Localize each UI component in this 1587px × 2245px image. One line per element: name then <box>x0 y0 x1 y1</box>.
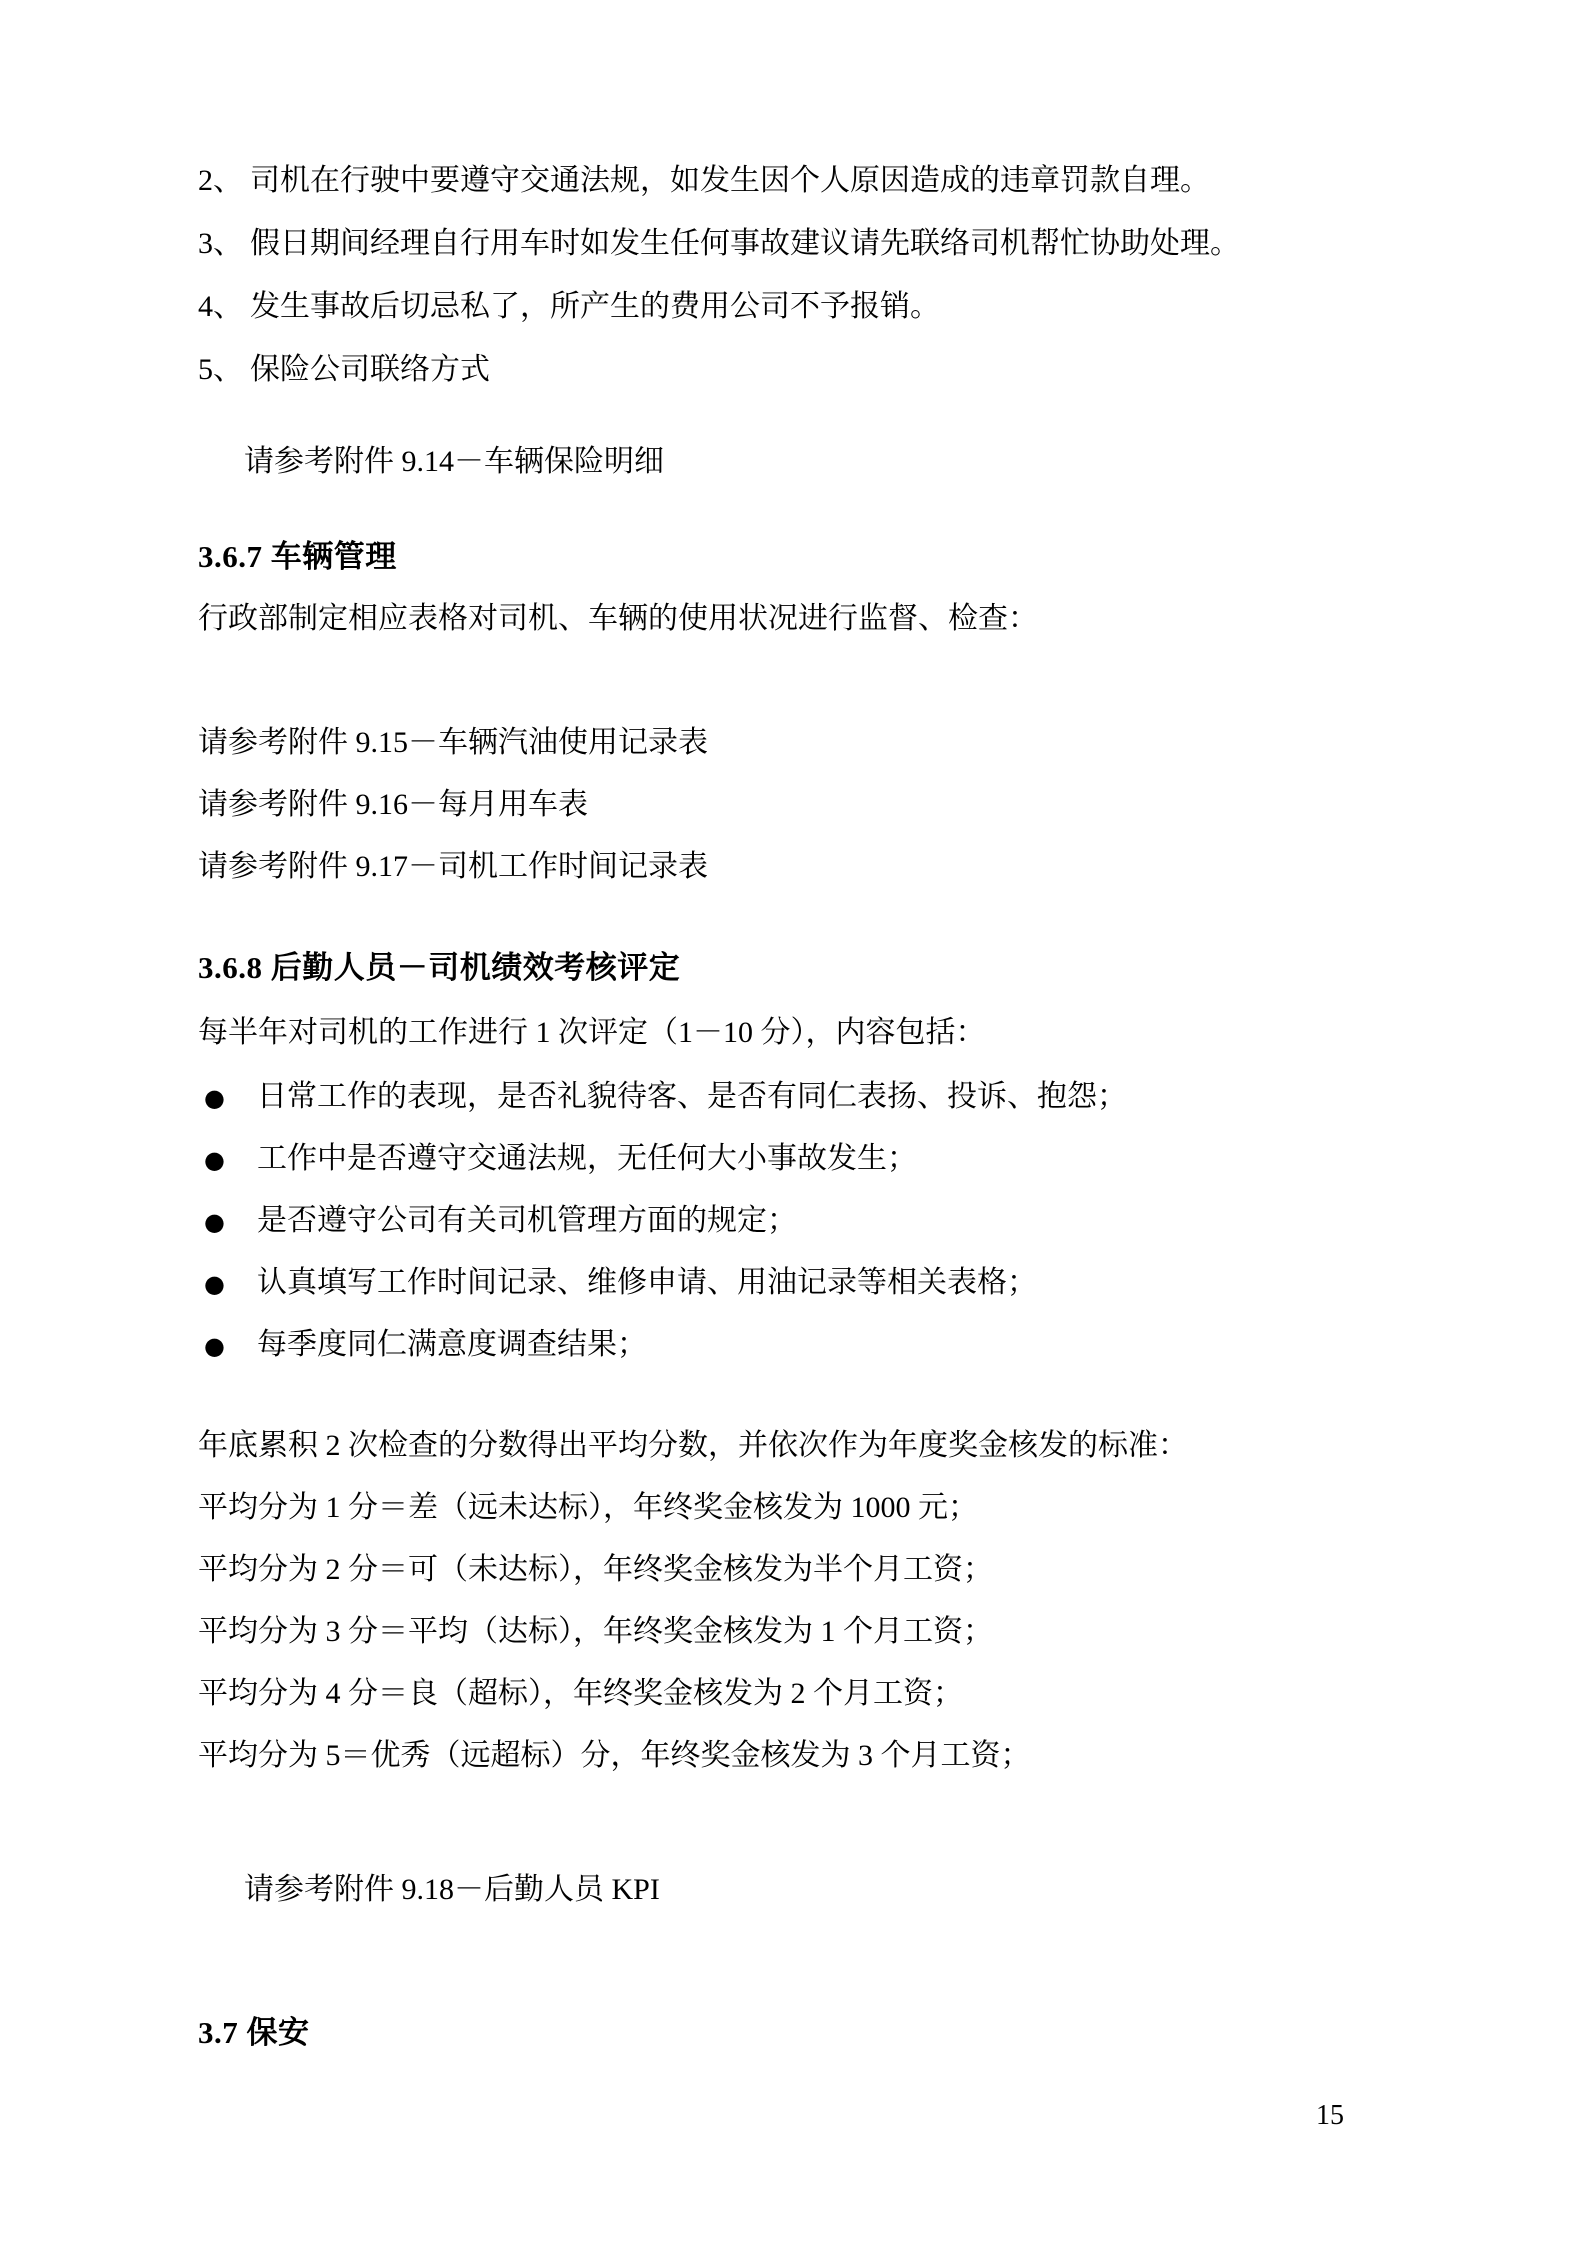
section-heading-3-6-8: 3.6.8 后勤人员－司机绩效考核评定 <box>198 937 1468 999</box>
numbered-item-4: 4、 发生事故后切忌私了，所产生的费用公司不予报销。 <box>198 275 1468 338</box>
bullet-item-text: 工作中是否遵守交通法规，无任何大小事故发生； <box>257 1128 1468 1190</box>
numbered-item-3: 3、 假日期间经理自行用车时如发生任何事故建议请先联络司机帮忙协助处理。 <box>198 212 1468 275</box>
score-rule-line-3: 平均分为 3 分＝平均（达标），年终奖金核发为 1 个月工资； <box>198 1601 1468 1663</box>
section-heading-3-6-7: 3.6.7 车辆管理 <box>198 526 1468 588</box>
numbered-item-marker: 5、 <box>198 338 250 401</box>
bullet-list-item: ● 日常工作的表现，是否礼貌待客、是否有同仁表扬、投诉、抱怨； <box>198 1066 1468 1128</box>
page-number: 15 <box>1316 2094 1344 2138</box>
bullet-item-text: 认真填写工作时间记录、维修申请、用油记录等相关表格； <box>257 1252 1468 1314</box>
bullet-list-item: ● 是否遵守公司有关司机管理方面的规定； <box>198 1190 1468 1252</box>
attachment-ref-9-15: 请参考附件 9.15－车辆汽油使用记录表 <box>198 712 1468 774</box>
body-paragraph-vehicle-management: 行政部制定相应表格对司机、车辆的使用状况进行监督、检查： <box>198 588 1468 650</box>
bullet-dot-icon: ● <box>198 1253 257 1315</box>
bullet-dot-icon: ● <box>198 1067 257 1129</box>
bullet-dot-icon: ● <box>198 1315 257 1377</box>
numbered-item-marker: 4、 <box>198 275 250 338</box>
bullet-dot-icon: ● <box>198 1129 257 1191</box>
score-rule-line-5: 平均分为 5＝优秀（远超标）分，年终奖金核发为 3 个月工资； <box>198 1725 1468 1787</box>
bullet-item-text: 日常工作的表现，是否礼貌待客、是否有同仁表扬、投诉、抱怨； <box>257 1066 1468 1128</box>
numbered-item-text: 保险公司联络方式 <box>250 338 490 401</box>
attachment-ref-9-18: 请参考附件 9.18－后勤人员 KPI <box>198 1859 1468 1921</box>
numbered-item-text: 假日期间经理自行用车时如发生任何事故建议请先联络司机帮忙协助处理。 <box>250 212 1240 275</box>
document-content: 2、 司机在行驶中要遵守交通法规，如发生因个人原因造成的违章罚款自理。 3、 假… <box>198 149 1468 2064</box>
attachment-ref-9-16: 请参考附件 9.16－每月用车表 <box>198 774 1468 836</box>
numbered-item-5: 5、 保险公司联络方式 <box>198 338 1468 401</box>
body-paragraph-score-intro: 年底累积 2 次检查的分数得出平均分数，并依次作为年度奖金核发的标准： <box>198 1415 1468 1477</box>
score-rule-line-1: 平均分为 1 分＝差（远未达标），年终奖金核发为 1000 元； <box>198 1477 1468 1539</box>
numbered-item-2: 2、 司机在行驶中要遵守交通法规，如发生因个人原因造成的违章罚款自理。 <box>198 149 1468 212</box>
numbered-item-marker: 3、 <box>198 212 250 275</box>
bullet-list-item: ● 认真填写工作时间记录、维修申请、用油记录等相关表格； <box>198 1252 1468 1314</box>
bullet-item-text: 每季度同仁满意度调查结果； <box>257 1314 1468 1376</box>
body-paragraph-evaluation-intro: 每半年对司机的工作进行 1 次评定（1－10 分），内容包括： <box>198 1002 1468 1064</box>
section-heading-3-7: 3.7 保安 <box>198 2002 1468 2064</box>
bullet-list-item: ● 每季度同仁满意度调查结果； <box>198 1314 1468 1376</box>
numbered-item-text: 司机在行驶中要遵守交通法规，如发生因个人原因造成的违章罚款自理。 <box>250 149 1210 212</box>
document-page: 2、 司机在行驶中要遵守交通法规，如发生因个人原因造成的违章罚款自理。 3、 假… <box>0 0 1587 2245</box>
attachment-ref-9-14: 请参考附件 9.14－车辆保险明细 <box>198 431 1468 493</box>
numbered-item-marker: 2、 <box>198 149 250 212</box>
bullet-dot-icon: ● <box>198 1191 257 1253</box>
numbered-item-text: 发生事故后切忌私了，所产生的费用公司不予报销。 <box>250 275 940 338</box>
bullet-item-text: 是否遵守公司有关司机管理方面的规定； <box>257 1190 1468 1252</box>
bullet-list-item: ● 工作中是否遵守交通法规，无任何大小事故发生； <box>198 1128 1468 1190</box>
score-rule-line-2: 平均分为 2 分＝可（未达标），年终奖金核发为半个月工资； <box>198 1539 1468 1601</box>
score-rule-line-4: 平均分为 4 分＝良（超标），年终奖金核发为 2 个月工资； <box>198 1663 1468 1725</box>
attachment-ref-9-17: 请参考附件 9.17－司机工作时间记录表 <box>198 836 1468 898</box>
